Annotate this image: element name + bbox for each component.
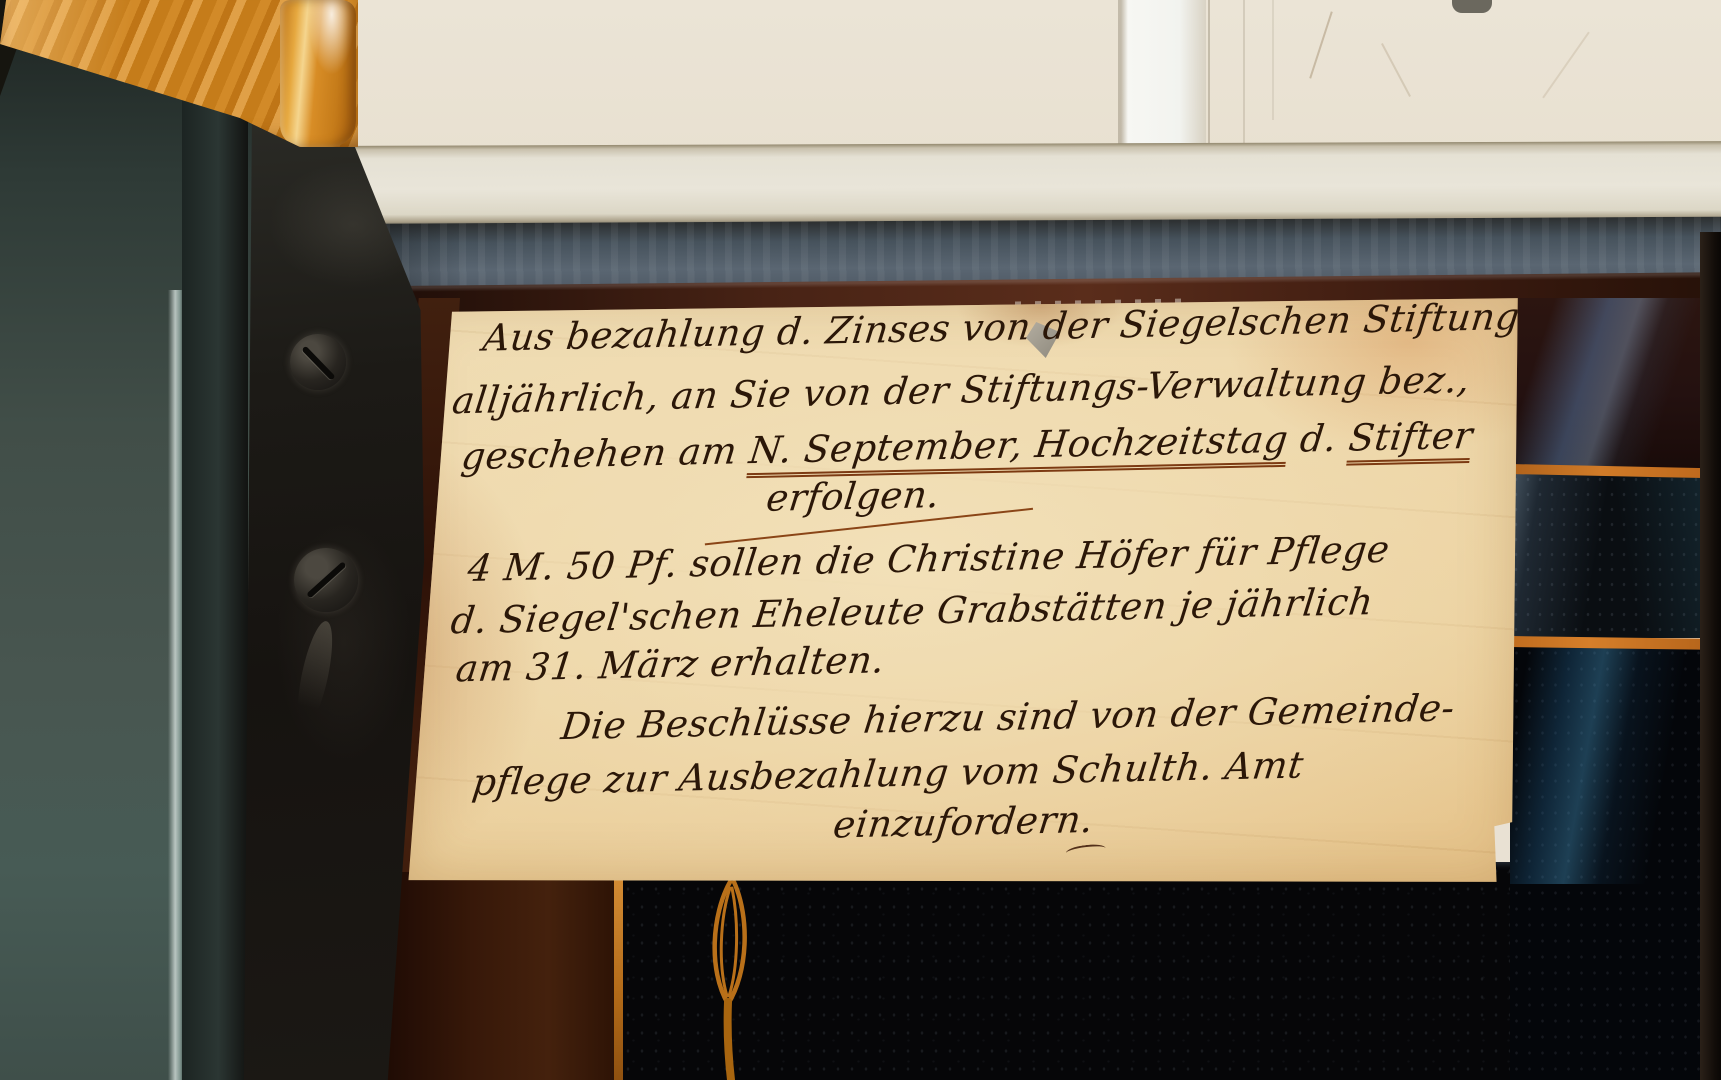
cabinet-top-edge [326, 141, 1721, 226]
note-text: Aus bezahlung d. Zinses von der Siegelsc… [399, 280, 1527, 895]
screw-head [290, 334, 346, 390]
wall-seam-line [1272, 0, 1274, 120]
handwritten-note: Aus bezahlung d. Zinses von der Siegelsc… [404, 294, 1520, 886]
underlined-text: Stifter [1346, 414, 1476, 466]
note-line: alljährlich, an Sie von der Stiftungs-Ve… [450, 356, 1523, 424]
door-right-edge [1700, 232, 1721, 1080]
note-line-segment: d. [1285, 416, 1351, 460]
screw-head [294, 548, 358, 612]
inlay-bud-ornament-icon [642, 874, 812, 1080]
note-line: einzufordern. [831, 788, 1532, 849]
screw-slot [306, 562, 346, 599]
panel-shadow [182, 26, 248, 1080]
ink-squiggle [1065, 843, 1106, 859]
wall-dark-notch [1452, 0, 1492, 13]
inlay-pinstripe-vertical [614, 870, 623, 1080]
door-panel-mid-right [1510, 472, 1706, 638]
door-panel-lower-left [364, 872, 620, 1080]
note-line-segment: geschehen am [459, 429, 752, 478]
wood-knob [280, 0, 356, 147]
photo-cabinet-with-note: Aus bezahlung d. Zinses von der Siegelsc… [0, 0, 1721, 1080]
wall-seam-line [1243, 0, 1245, 150]
door-panel-lower-right [1510, 645, 1706, 1080]
paint-smear [291, 618, 339, 731]
door-panel-upper-right [1510, 298, 1706, 470]
screw-slot [301, 345, 335, 380]
